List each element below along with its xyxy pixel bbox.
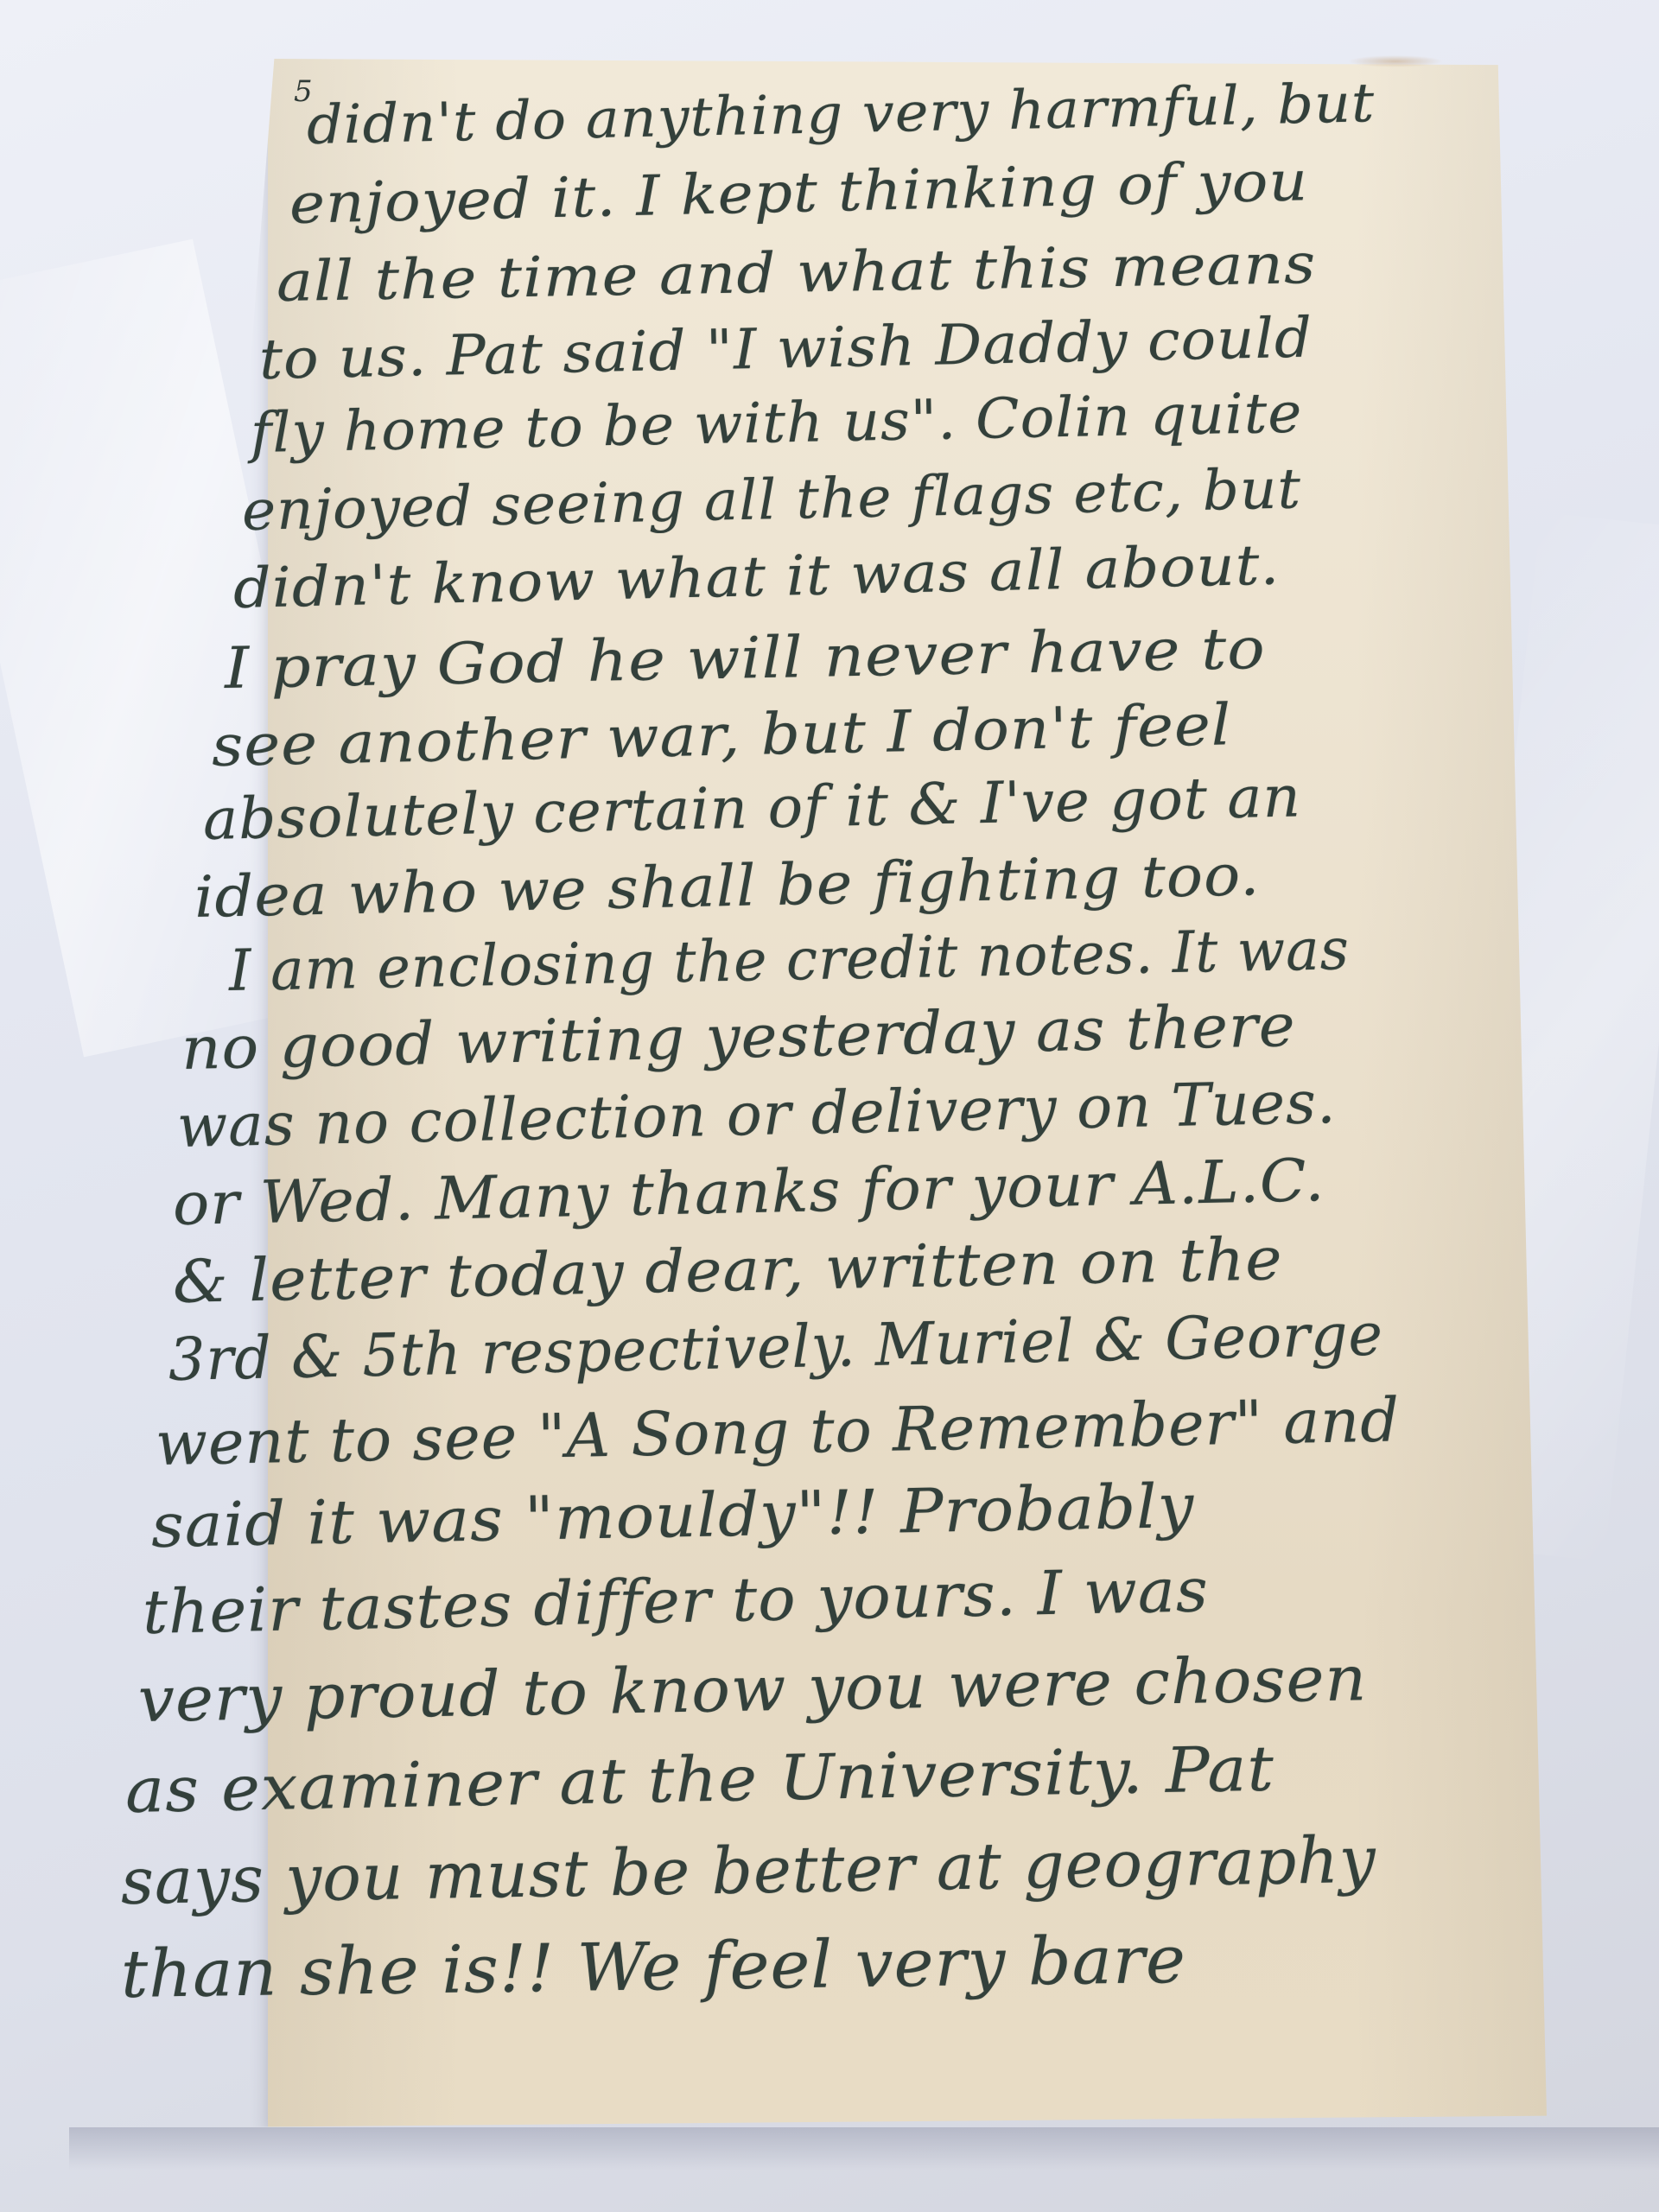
letter-line: as examiner at the University. Pat <box>124 1732 1274 1827</box>
letter-line: didn't know what it was all about. <box>232 534 1281 621</box>
letter-line: or Wed. Many thanks for your A.L.C. <box>172 1147 1325 1239</box>
letter-line: absolutely certain of it & I've got an <box>202 763 1301 853</box>
letter-line: all the time and what this means <box>276 232 1316 315</box>
letter-line: 3rd & 5th respectively. Muriel & George <box>168 1301 1384 1395</box>
letter-line: fly home to be with us". Colin quite <box>250 382 1303 466</box>
letter-line: went to see "A Song to Remember" and <box>155 1384 1401 1479</box>
letter-line: to us. Pat said "I wish Daddy could <box>258 306 1313 392</box>
letter-line: enjoyed seeing all the flags etc, but <box>241 457 1301 543</box>
letter-line: their tastes differ to yours. I was <box>142 1554 1209 1648</box>
letter-line: idea who we shall be fighting too. <box>194 842 1261 931</box>
letter-line: no good writing yesterday as there <box>181 992 1296 1084</box>
letter-line: than she is!! We feel very bare <box>120 1921 1186 2012</box>
letter-text-area: 5 didn't do anything very harmful, but e… <box>0 0 1659 2212</box>
letter-line: was no collection or delivery on Tues. <box>176 1069 1337 1161</box>
letter-line: said it was "mouldy"!! Probably <box>150 1471 1195 1561</box>
letter-line: very proud to know you were chosen <box>137 1642 1368 1736</box>
letter-line: didn't do anything very harmful, but <box>306 71 1376 156</box>
letter-line: & letter today dear, written on the <box>172 1225 1283 1317</box>
letter-line: enjoyed it. I kept thinking of you <box>289 149 1309 237</box>
letter-line: I pray God he will never have to <box>224 615 1266 702</box>
letter-line: see another war, but I don't feel <box>211 691 1232 779</box>
letter-line: I am enclosing the credit notes. It was <box>228 916 1350 1004</box>
letter-line: says you must be better at geography <box>120 1823 1376 1919</box>
